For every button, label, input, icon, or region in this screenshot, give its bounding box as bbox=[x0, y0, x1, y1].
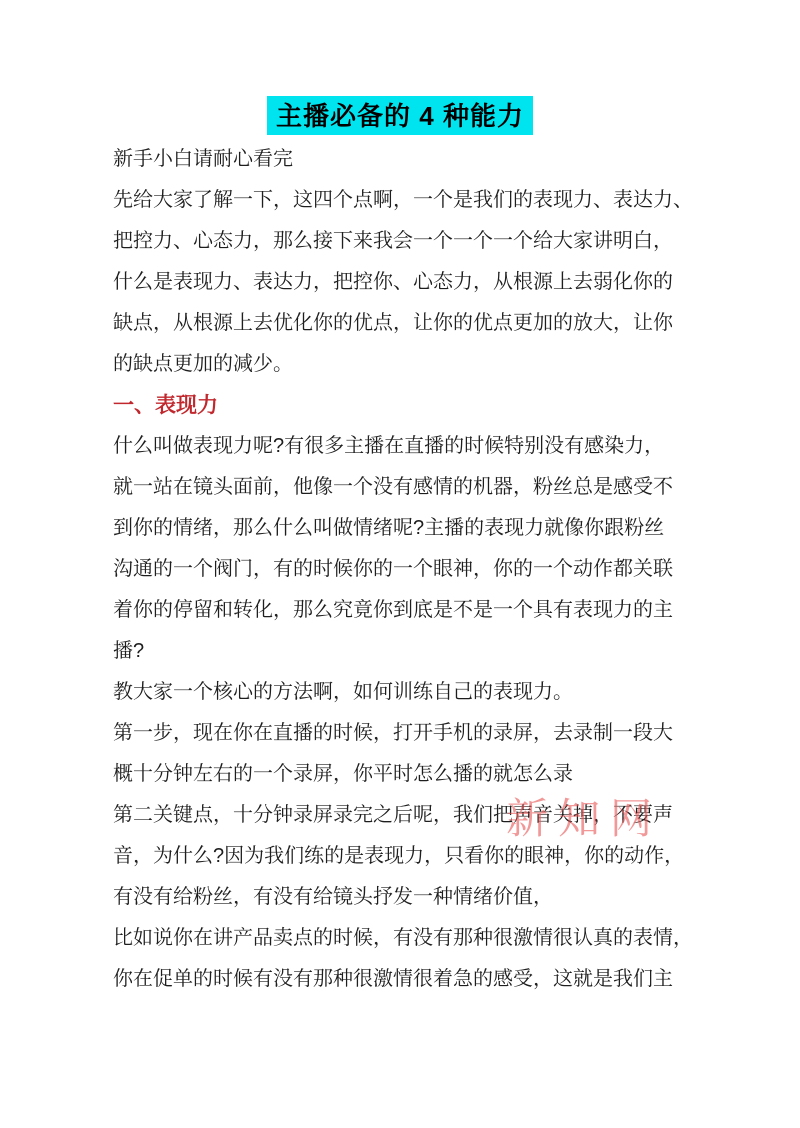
text-line: 第一步，现在你在直播的时候，打开手机的录屏，去录制一段大 bbox=[113, 713, 710, 754]
text-line: 到你的情绪，那么什么叫做情绪呢?主播的表现力就像你跟粉丝 bbox=[113, 508, 710, 549]
section-heading: 一、表现力 bbox=[113, 385, 710, 426]
text-line: 音，为什么?因为我们练的是表现力，只看你的眼神，你的动作， bbox=[113, 836, 710, 877]
text-line: 就一站在镜头面前，他像一个没有感情的机器，粉丝总是感受不 bbox=[113, 467, 710, 508]
text-line: 先给大家了解一下，这四个点啊，一个是我们的表现力、表达力、 bbox=[113, 180, 710, 221]
text-line: 的缺点更加的减少。 bbox=[113, 344, 710, 385]
text-line: 概十分钟左右的一个录屏，你平时怎么播的就怎么录 bbox=[113, 754, 710, 795]
text-line: 什么叫做表现力呢?有很多主播在直播的时候特别没有感染力， bbox=[113, 426, 710, 467]
text-line: 着你的停留和转化，那么究竟你到底是不是一个具有表现力的主 bbox=[113, 590, 710, 631]
text-line: 把控力、心态力，那么接下来我会一个一个一个给大家讲明白， bbox=[113, 221, 710, 262]
text-line: 教大家一个核心的方法啊，如何训练自己的表现力。 bbox=[113, 672, 710, 713]
text-line: 沟通的一个阀门，有的时候你的一个眼神，你的一个动作都关联 bbox=[113, 549, 710, 590]
text-line: 比如说你在讲产品卖点的时候，有没有那种很激情很认真的表情， bbox=[113, 918, 710, 959]
document-body: 新手小白请耐心看完先给大家了解一下，这四个点啊，一个是我们的表现力、表达力、把控… bbox=[113, 139, 710, 1000]
text-line: 你在促单的时候有没有那种很激情很着急的感受，这就是我们主 bbox=[113, 959, 710, 1000]
text-line: 有没有给粉丝，有没有给镜头抒发一种情绪价值， bbox=[113, 877, 710, 918]
text-line: 新手小白请耐心看完 bbox=[113, 139, 710, 180]
title-row: 主播必备的 4 种能力 bbox=[0, 96, 800, 135]
text-line: 什么是表现力、表达力，把控你、心态力，从根源上去弱化你的 bbox=[113, 262, 710, 303]
text-line: 第二关键点，十分钟录屏录完之后呢，我们把声音关掉，不要声 bbox=[113, 795, 710, 836]
text-line: 缺点，从根源上去优化你的优点，让你的优点更加的放大，让你 bbox=[113, 303, 710, 344]
text-line: 播? bbox=[113, 631, 710, 672]
document-page: 主播必备的 4 种能力 新手小白请耐心看完先给大家了解一下，这四个点啊，一个是我… bbox=[0, 0, 800, 1128]
page-title: 主播必备的 4 种能力 bbox=[267, 96, 533, 135]
